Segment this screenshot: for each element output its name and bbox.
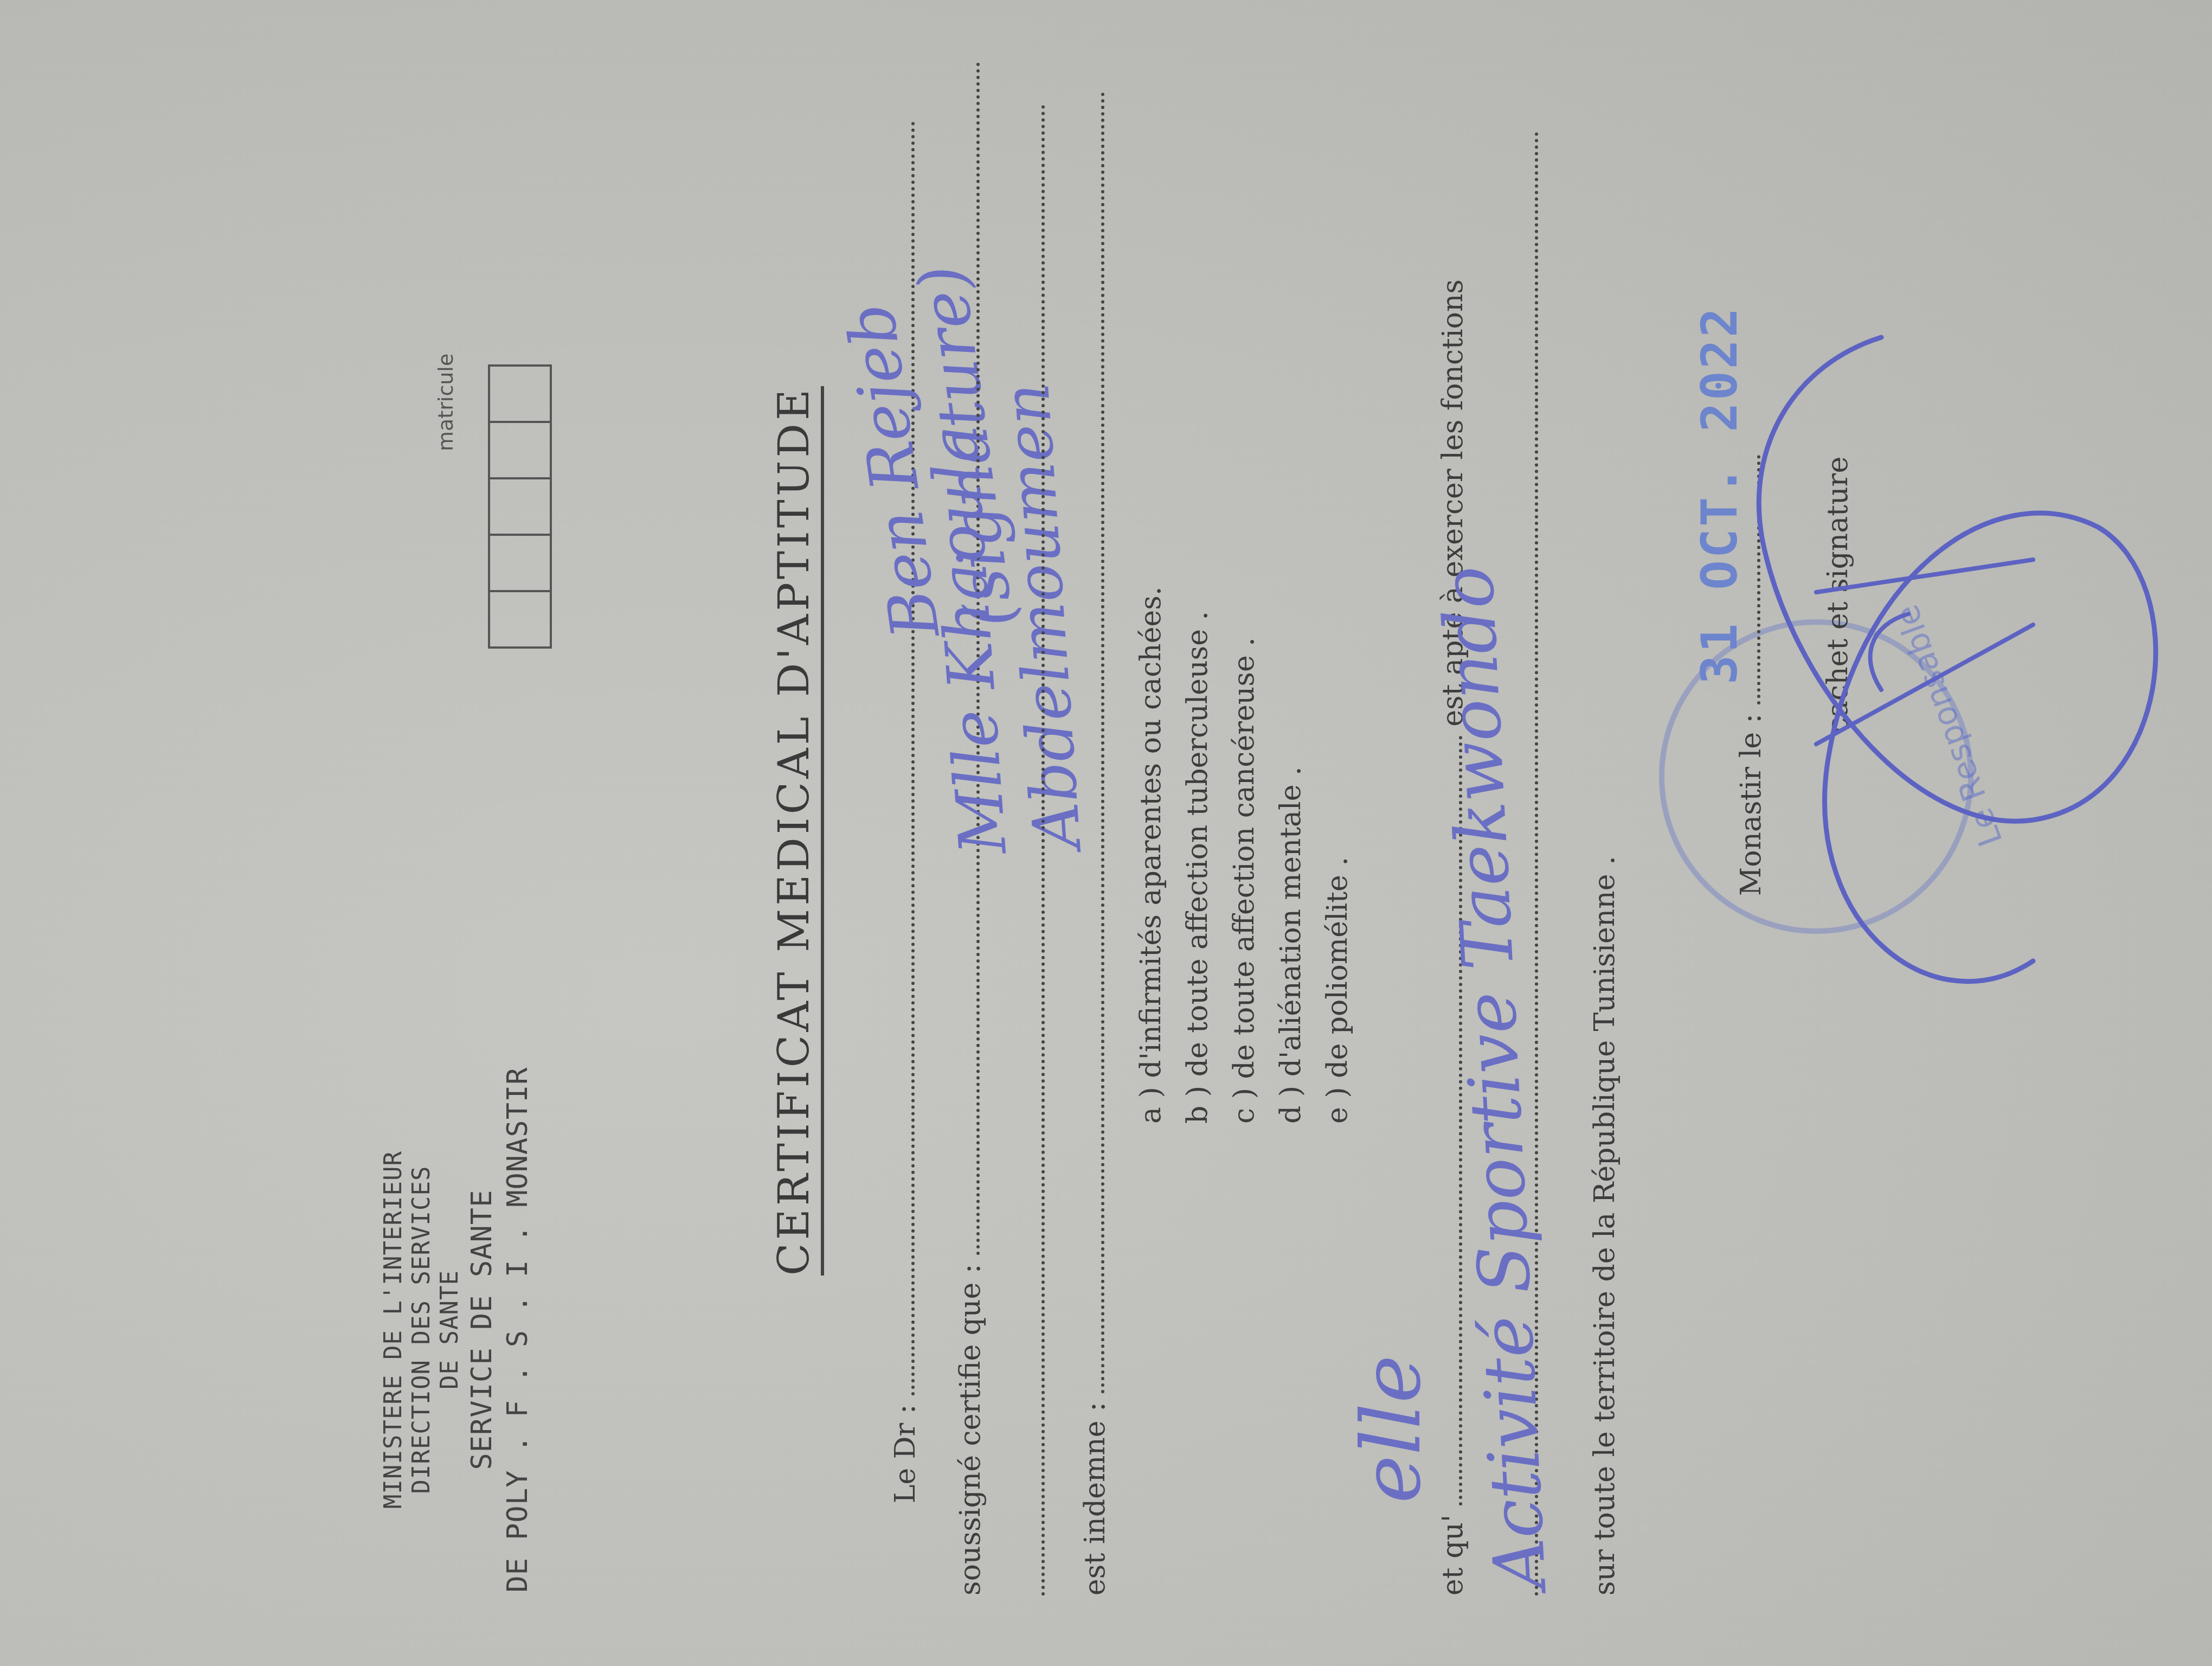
condition-item: c ) de toute affection cancéreuse . xyxy=(1221,586,1268,1124)
condition-item: a ) d'infirmités aparentes ou cachées. xyxy=(1128,586,1174,1124)
certificate-title: CERTIFICAT MEDICAL D'APTITUDE xyxy=(770,299,819,1362)
header-line: MINISTERE DE L'INTERIEUR xyxy=(380,1064,408,1595)
condition-item: e ) de poliomélite . xyxy=(1314,586,1361,1124)
doctor-label: Le Dr : xyxy=(889,1405,922,1503)
handwritten-signature xyxy=(1654,256,2196,1069)
pronoun-handwritten: elle xyxy=(1345,1355,1439,1504)
certify-label: soussigné certifie que : xyxy=(954,1264,987,1595)
indemne-field[interactable] xyxy=(1096,92,1104,1393)
condition-item: b ) de toute affection tuberculeuse . xyxy=(1174,586,1221,1124)
ministry-header: MINISTERE DE L'INTERIEUR DIRECTION DES S… xyxy=(380,1064,536,1595)
continuation-line xyxy=(1019,104,1052,1595)
continuation-field[interactable] xyxy=(1036,104,1045,1595)
matricule-box[interactable] xyxy=(488,590,552,649)
header-line: DE SANTE xyxy=(436,1064,464,1595)
indemne-label: est indemne : xyxy=(1079,1402,1111,1595)
certificate-sheet: MINISTERE DE L'INTERIEUR DIRECTION DES S… xyxy=(0,0,2212,1666)
condition-item: d ) d'aliénation mentale . xyxy=(1268,586,1314,1124)
matricule-box[interactable] xyxy=(488,534,552,592)
conditions-list: a ) d'infirmités aparentes ou cachées. b… xyxy=(1128,586,1361,1124)
header-line: DE POLY . F . S . I . MONASTIR xyxy=(500,1064,536,1595)
header-line: SERVICE DE SANTE xyxy=(464,1064,500,1595)
matricule-label: matricule xyxy=(434,354,458,451)
indemne-line: est indemne : xyxy=(1079,92,1111,1595)
matricule-box[interactable] xyxy=(488,477,552,536)
territory-line: sur toute le territoire de la République… xyxy=(1589,856,1621,1595)
aptitude-prefix: et qu' xyxy=(1437,1515,1469,1595)
header-line: DIRECTION DES SERVICES xyxy=(408,1064,436,1595)
matricule-box[interactable] xyxy=(488,364,552,423)
matricule-boxes xyxy=(488,364,552,646)
matricule-box[interactable] xyxy=(488,421,552,479)
